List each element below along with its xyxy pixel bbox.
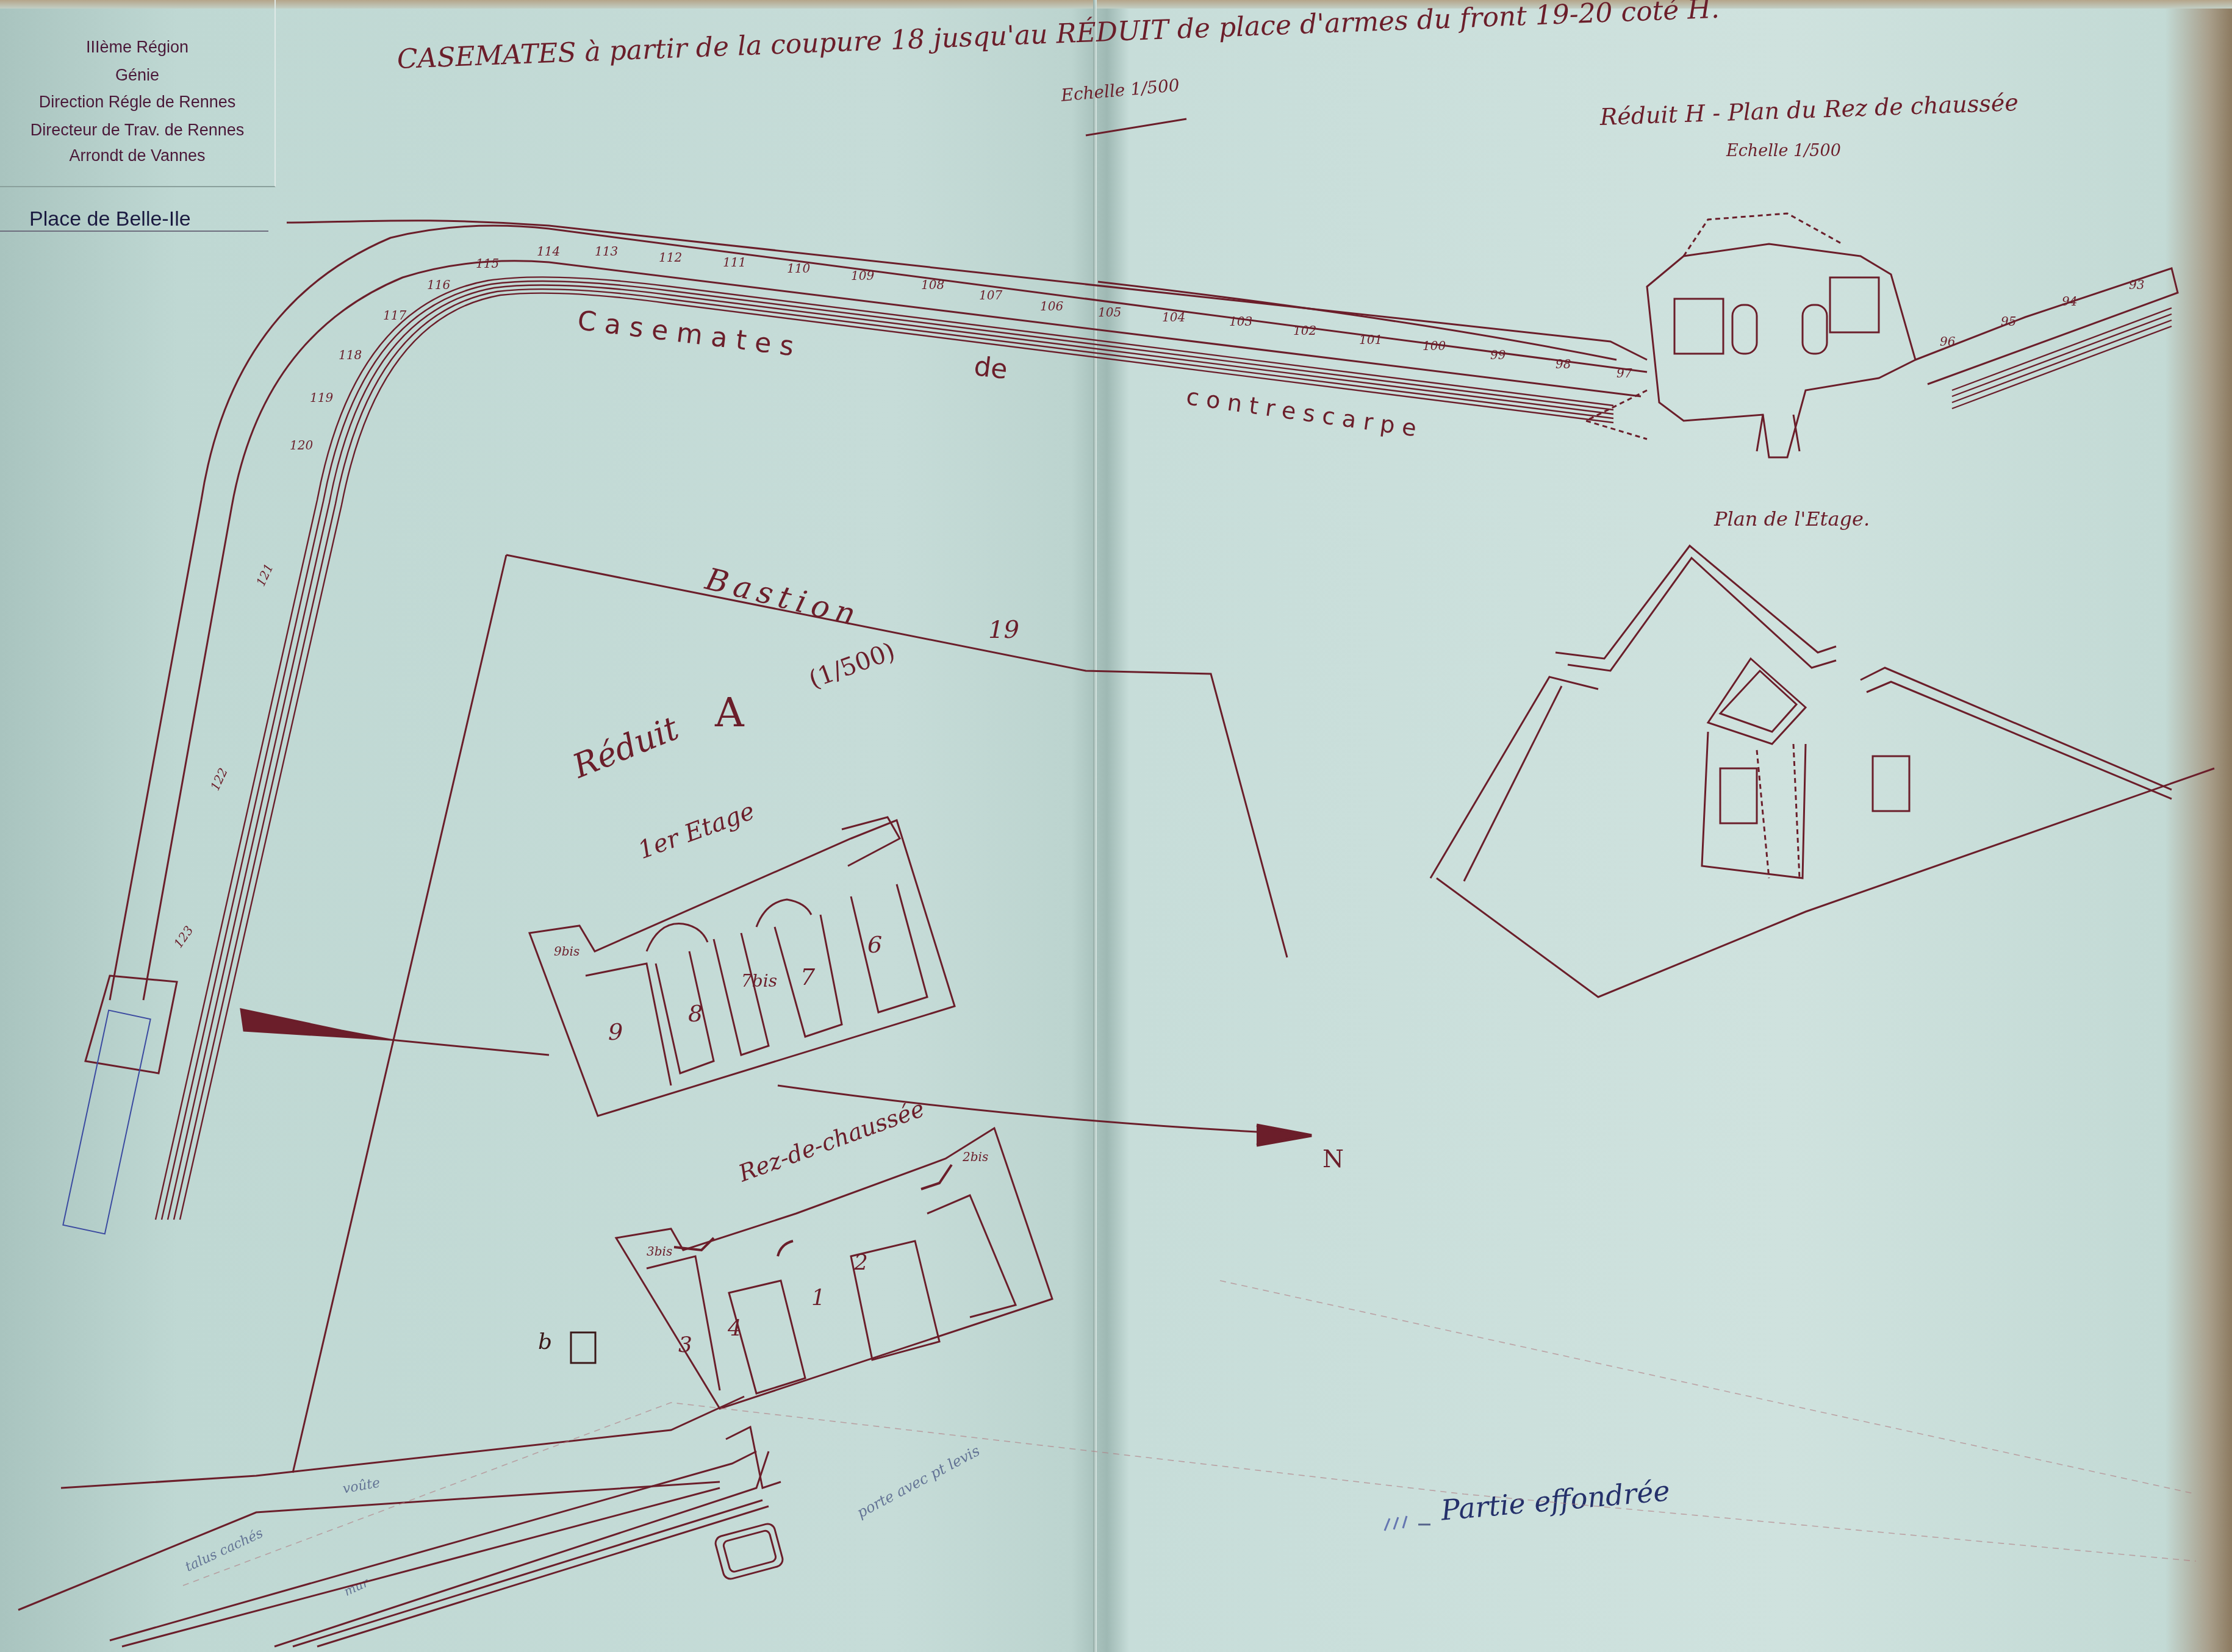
casemates-rear-wall (143, 261, 1641, 1000)
reduit-h-upper-plan (1430, 546, 2214, 997)
road-lines (18, 1396, 784, 1647)
feather-arrow-icon (241, 1009, 390, 1040)
legend-hatch-icon (1385, 1516, 1430, 1531)
north-arrow-icon (778, 1085, 1312, 1145)
reduit-a-ground-floor (616, 1128, 1052, 1409)
plan-drawing (0, 0, 2232, 1652)
casemates-outer-wall (287, 221, 1647, 360)
contrescarpe-lines (156, 277, 2172, 1220)
bastion-outline (506, 555, 1287, 957)
casemates-front-wall (110, 226, 1647, 1000)
reduit-a-first-floor (529, 817, 955, 1116)
reduit-h-ground-plan (1586, 213, 2178, 457)
title-underline (1086, 119, 1186, 135)
b-symbol-icon (571, 1332, 595, 1363)
